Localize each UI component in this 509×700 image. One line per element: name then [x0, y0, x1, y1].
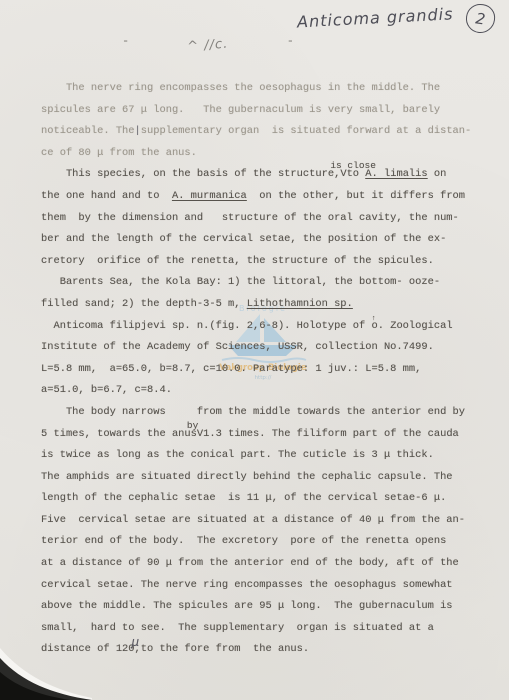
typed-text-segment: above the middle. The spicules are 95 μ … — [41, 600, 453, 612]
typed-line: noticeable. The|supplementary organ is s… — [41, 121, 491, 143]
typed-text-segment: . Zoological — [378, 320, 453, 332]
typed-text-segment: ber and the length of the cervical setae… — [41, 233, 446, 245]
typed-text-segment: Vby — [197, 428, 203, 440]
typed-text-segment: on the other, but it differs from — [247, 190, 465, 202]
typed-line: ce of 80 μ from the anus. — [41, 143, 491, 165]
typed-line: Five cervical setae are situated at a di… — [41, 510, 491, 532]
typed-line: The body narrows from the middle towards… — [41, 402, 491, 424]
header-right-dash: - — [287, 34, 294, 48]
typed-text-segment: filled sand; 2) the depth-3-5 m, — [41, 298, 247, 310]
typed-line: The nerve ring encompasses the oesophagu… — [41, 78, 491, 100]
typed-line: Barents Sea, the Kola Bay: 1) the littor… — [41, 272, 491, 294]
typed-text-segment: spicules are 67 μ long. The gubernaculum… — [41, 104, 440, 116]
typed-line: them by the dimension and structure of t… — [41, 208, 491, 230]
typed-line: is twice as long as the conical part. Th… — [41, 445, 491, 467]
typed-text-segment: is twice as long as the conical part. Th… — [41, 449, 434, 461]
typed-text-segment: the one hand and to — [41, 190, 172, 202]
typed-line: 5 times, towards the anusVby1.3 times. T… — [41, 424, 491, 446]
typed-line: spicules are 67 μ long. The gubernaculum… — [41, 100, 491, 122]
typed-text-segment: on — [428, 168, 447, 180]
page-curl-shadow — [0, 628, 92, 700]
typed-text-segment: The body narrows from the middle towards… — [41, 406, 465, 418]
typed-text-segment: o↑ — [371, 320, 377, 332]
typed-line: cervical setae. The nerve ring encompass… — [41, 575, 491, 597]
handwritten-header-mark: ^ //c. — [187, 37, 229, 55]
typed-line: terior end of the body. The excretory po… — [41, 531, 491, 553]
typed-line: Institute of the Academy of Sciences, US… — [41, 337, 491, 359]
typed-line: small, hard to see. The supplementary or… — [41, 618, 491, 640]
typed-line: L=5.8 mm, a=65.0, b=8.7, c=10.0. Paratyp… — [41, 359, 491, 381]
typed-text-segment: length of the cephalic setae is 11 μ, of… — [41, 492, 446, 504]
inserted-text-above-line: ↑ — [371, 314, 375, 324]
typed-text-segment: 5 times, towards the anus — [41, 428, 197, 440]
typed-line: This species, on the basis of the struct… — [41, 164, 491, 186]
typewritten-text-block: The nerve ring encompasses the oesophagu… — [41, 78, 491, 661]
typed-line: The amphids are situated directly behind… — [41, 467, 491, 489]
typed-line: a=51.0, b=6.7, c=8.4. — [41, 380, 491, 402]
typed-text-segment: small, hard to see. The supplementary or… — [41, 622, 434, 634]
typed-line: ber and the length of the cervical setae… — [41, 229, 491, 251]
header-left-dash: - — [122, 34, 129, 48]
typed-text-segment: at a distance of 90 μ from the anterior … — [41, 557, 459, 569]
underlined-species-name: Lithothamnion sp. — [247, 298, 353, 310]
typed-line: above the middle. The spicules are 95 μ … — [41, 596, 491, 618]
typed-text-segment: to the fore from the anus. — [141, 643, 309, 655]
inserted-text-above-line: is close — [330, 161, 376, 171]
typed-text-segment: The nerve ring encompasses the oesophagu… — [41, 82, 440, 94]
typed-text-segment: ,μ — [135, 643, 141, 655]
typed-line: at a distance of 90 μ from the anterior … — [41, 553, 491, 575]
typed-text-segment: Institute of the Academy of Sciences, US… — [41, 341, 434, 353]
typed-text-segment: Barents Sea, the Kola Bay: 1) the littor… — [41, 276, 440, 288]
typed-text-segment: The amphids are situated directly behind… — [41, 471, 453, 483]
typed-text-segment: terior end of the body. The excretory po… — [41, 535, 446, 547]
typed-text-segment: a=51.0, b=6.7, c=8.4. — [41, 384, 172, 396]
typed-line: distance of 120,μto the fore from the an… — [41, 639, 491, 661]
underlined-species-name: A. murmanica — [172, 190, 247, 202]
typed-line: cretory orifice of the renetta, the stru… — [41, 251, 491, 273]
typed-text-segment: L=5.8 mm, a=65.0, b=8.7, c=10.0. Paratyp… — [41, 363, 421, 375]
typed-text-segment: noticeable. The — [41, 125, 135, 137]
typed-text-segment: This species, on the basis of the struct… — [41, 168, 340, 180]
typed-text-segment: them by the dimension and structure of t… — [41, 212, 459, 224]
typed-text-segment: Vis close — [340, 168, 346, 180]
typed-text-segment: 1.3 times. The filiform part of the caud… — [203, 428, 459, 440]
typed-text-segment: Five cervical setae are situated at a di… — [41, 514, 465, 526]
typed-line: filled sand; 2) the depth-3-5 m, Lithoth… — [41, 294, 491, 316]
typed-text-segment: cretory orifice of the renetta, the stru… — [41, 255, 434, 267]
typed-text-segment: ce of 80 μ from the anus. — [41, 147, 197, 159]
typed-line: Anticoma filipjevi sp. n.(fig. 2,6-8). H… — [41, 316, 491, 338]
typed-line: length of the cephalic setae is 11 μ, of… — [41, 488, 491, 510]
typed-text-segment: supplementary organ is situated forward … — [141, 125, 471, 137]
circled-page-number: 2 — [464, 2, 497, 35]
inserted-text-above-line: by — [187, 421, 198, 431]
typed-line: the one hand and to A. murmanica on the … — [41, 186, 491, 208]
typed-text-segment: Anticoma filipjevi sp. n.(fig. 2,6-8). H… — [41, 320, 371, 332]
scanned-document-page: Anticoma grandis 2 - ^ //c. - Biologie V… — [0, 0, 509, 700]
typed-text-segment: cervical setae. The nerve ring encompass… — [41, 579, 453, 591]
page-number-text: 2 — [475, 9, 487, 28]
page-header: - ^ //c. - — [122, 34, 294, 58]
handwritten-species-annotation: Anticoma grandis — [297, 4, 468, 32]
inserted-text-above-line: μ — [132, 637, 140, 647]
